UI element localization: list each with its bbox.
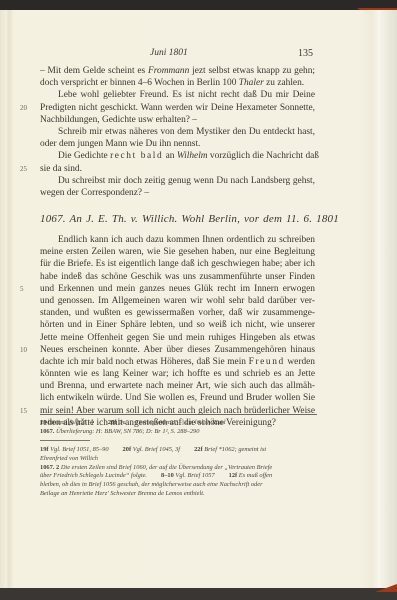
text-line: Die Gedichte recht bald an Wilhelm vorzü… (40, 150, 315, 162)
text-segment: jezt selbst etwas knapp zu gehn; (189, 66, 315, 76)
note-reference: 20f (123, 446, 132, 453)
text-segment: lich entwikeln würde. Und Sie wollen es,… (40, 393, 315, 403)
text-segment: Endlich kann ich auch dazu kommen Ihnen … (58, 235, 315, 245)
note-reference: 1067. (40, 464, 54, 471)
spaced-emphasis: Freund (249, 357, 285, 367)
text-segment: und Brenna, und erwartete nach meiner Ar… (40, 381, 315, 391)
text-line: Nachbildungen, Gedichte usw erhalten? – (40, 114, 315, 126)
text-segment: könnten wie es lang Keiner war; ich hoff… (40, 369, 315, 379)
note-italic-text: Beilage an Henriette Herz' Schwester Bre… (40, 490, 205, 497)
note-italic-text: am linken Rand (185, 419, 225, 426)
text-line: 10Neues erscheinen konnte. Aber über die… (40, 344, 315, 356)
note-line: Ehrenfried von Willich (40, 455, 318, 464)
note-reference: 19f (40, 446, 49, 453)
text-segment: Jette meine Offenheit gegen Sie und mein… (40, 333, 315, 343)
note-italic-text: Ehrenfried von Willich (40, 455, 98, 462)
text-segment: vorzüglich die Nachricht daß (208, 151, 319, 161)
text-segment: und Erkennen und mein ganzes neues Glük … (40, 284, 315, 294)
text-segment: dachte ich mir bald noch etwas Höheres, … (40, 357, 249, 367)
text-line: 5und Erkennen und mein ganzes neues Glük… (40, 283, 315, 295)
page-edge-stack (380, 10, 397, 588)
apparatus-rule (40, 414, 317, 415)
text-segment: – Mit dem Gelde scheint es (40, 66, 148, 76)
text-segment: doch verspricht er binnen 4–6 Wochen in … (40, 78, 239, 88)
note-italic-text: Brief *1062; gemeint ist (204, 446, 266, 453)
line-number: 15 (20, 405, 27, 417)
text-line: und genossen. Im Allgemeinen waren wir w… (40, 295, 315, 307)
note-italic-text: Die ersten Zeilen sind Brief 1060, der a… (61, 464, 272, 471)
text-line: Schreib mir etwas näheres von dem Mystik… (40, 126, 315, 138)
note-italic-text: bleiben, ob dies in Brief 1056 geschah, … (40, 481, 263, 488)
note-italic-text: Vgl. Brief 1051, 85–90 (50, 446, 108, 453)
note-text: Du … Correspondenz? –] (116, 419, 185, 426)
text-line: könnten wie es lang Keiner war; ich hoff… (40, 368, 315, 380)
text-segment: an (163, 151, 177, 161)
spaced-emphasis: recht bald (110, 151, 163, 161)
note-italic-text: Vgl. Brief 1045, 3f (133, 446, 180, 453)
text-line: Endlich kann ich auch dazu kommen Ihnen … (40, 234, 315, 246)
text-segment: habe indeß das schöne Geschik was uns zu… (40, 272, 315, 282)
line-number: 20 (20, 102, 27, 114)
note-text: ⟨6 –⟩ (81, 419, 94, 426)
note-line: 18 binnen] folgt⟨6 –⟩26f Du … Correspond… (40, 419, 318, 428)
text-segment: Nachbildungen, Gedichte usw erhalten? – (40, 115, 197, 125)
note-reference: 8–10 (161, 472, 174, 479)
text-line: – Mit dem Gelde scheint es Frommann jezt… (40, 65, 315, 77)
textual-apparatus: 18 binnen] folgt⟨6 –⟩26f Du … Correspond… (40, 419, 318, 437)
text-segment: meine ersten Zeilen waren, wie Sie geseh… (40, 247, 315, 257)
line-number: 25 (20, 163, 27, 175)
text-line: Du schreibst mir doch zeitig genug wenn … (40, 175, 315, 187)
note-reference: 1067. (40, 428, 54, 435)
text-segment: sie da sind. (40, 164, 82, 174)
note-line: 1067. 2 Die ersten Zeilen sind Brief 106… (40, 464, 318, 473)
text-line: oder dem jungen Mann wie Du ihn nennst. (40, 138, 315, 150)
text-line: Jette meine Offenheit gegen Sie und mein… (40, 332, 315, 344)
text-segment: Schreib mir etwas näheres von dem Mystik… (58, 127, 315, 137)
running-head: Juni 1801 (150, 48, 188, 58)
note-line: 1067. Überlieferung: H: BBAW, SN 786; D:… (40, 428, 318, 437)
text-line: dachte ich mir bald noch etwas Höheres, … (40, 356, 315, 368)
note-line: 19f Vgl. Brief 1051, 85–9020f Vgl. Brief… (40, 446, 318, 455)
commentary-rule (40, 440, 90, 441)
dark-background-bottom (0, 588, 397, 600)
text-segment: Du schreibst mir doch zeitig genug wenn … (58, 176, 315, 186)
text-segment: oder dem jungen Mann wie Du ihn nennst. (40, 139, 200, 149)
text-segment: hörten und in Einer Sphäre lebten, und s… (40, 320, 315, 330)
line-number: 5 (20, 283, 24, 295)
text-line: meine ersten Zeilen waren, wie Sie geseh… (40, 246, 315, 258)
commentary-notes: 19f Vgl. Brief 1051, 85–9020f Vgl. Brief… (40, 446, 318, 499)
note-italic-text: Überlieferung: H: BBAW, SN 786; D: Br 1²… (56, 428, 199, 435)
text-segment: und genossen. Im Allgemeinen waren wir w… (40, 296, 315, 306)
italic-text: Frommann (148, 66, 189, 76)
note-line: Beilage an Henriette Herz' Schwester Bre… (40, 490, 318, 499)
text-segment: Neues erscheinen konnte. Aber über diese… (40, 345, 315, 355)
text-segment: standen, und wußten es gewissermaßen vor… (40, 308, 315, 318)
note-italic-text: folgt (69, 419, 81, 426)
previous-letter-ending: – Mit dem Gelde scheint es Frommann jezt… (40, 65, 315, 199)
text-segment: wegen der Correspondenz? – (40, 188, 149, 198)
text-segment: für die Briefe. Es ist eigentlich lange … (40, 259, 315, 269)
note-italic-text: Es muß offen (239, 472, 272, 479)
text-line: 20Predigten nicht geschickt. Wann werden… (40, 102, 315, 114)
text-line: hörten und in Einer Sphäre lebten, und s… (40, 319, 315, 331)
text-line: standen, und wußten es gewissermaßen vor… (40, 307, 315, 319)
text-line: 25sie da sind. (40, 163, 315, 175)
text-segment: Lebe wohl geliebter Freund. Es ist nicht… (58, 90, 315, 100)
note-reference: 22f (194, 446, 203, 453)
text-line: habe indeß das schöne Geschik was uns zu… (40, 271, 315, 283)
page-number: 135 (298, 48, 313, 59)
text-line: doch verspricht er binnen 4–6 Wochen in … (40, 77, 315, 89)
page-header: Juni 1801 135 (40, 48, 315, 62)
letter-heading: 1067. An J. E. Th. v. Willich. Wohl Berl… (40, 213, 339, 225)
text-line: und Brenna, und erwartete nach meiner Ar… (40, 380, 315, 392)
italic-text: Thaler (239, 78, 264, 88)
note-line: bleiben, ob dies in Brief 1056 geschah, … (40, 481, 318, 490)
italic-text: Wilhelm (177, 151, 208, 161)
note-text: binnen] (46, 419, 69, 426)
letter-body: Endlich kann ich auch dazu kommen Ihnen … (40, 234, 315, 429)
text-segment: zu zahlen. (264, 78, 304, 88)
text-line: Lebe wohl geliebter Freund. Es ist nicht… (40, 89, 315, 101)
note-italic-text: über Friedrich Schlegels Lucinde“ folgte… (40, 472, 147, 479)
note-line: über Friedrich Schlegels Lucinde“ folgte… (40, 472, 318, 481)
text-line: für die Briefe. Es ist eigentlich lange … (40, 258, 315, 270)
line-number: 10 (20, 344, 27, 356)
text-segment: Die Gedichte (58, 151, 110, 161)
text-line: wegen der Correspondenz? – (40, 187, 315, 199)
text-segment: werden (285, 357, 315, 367)
note-italic-text: Vgl. Brief 1057 (175, 472, 214, 479)
text-segment: Predigten nicht geschickt. Wann werden w… (40, 103, 315, 113)
note-reference: 12f (229, 472, 238, 479)
text-line: lich entwikeln würde. Und Sie wollen es,… (40, 392, 315, 404)
